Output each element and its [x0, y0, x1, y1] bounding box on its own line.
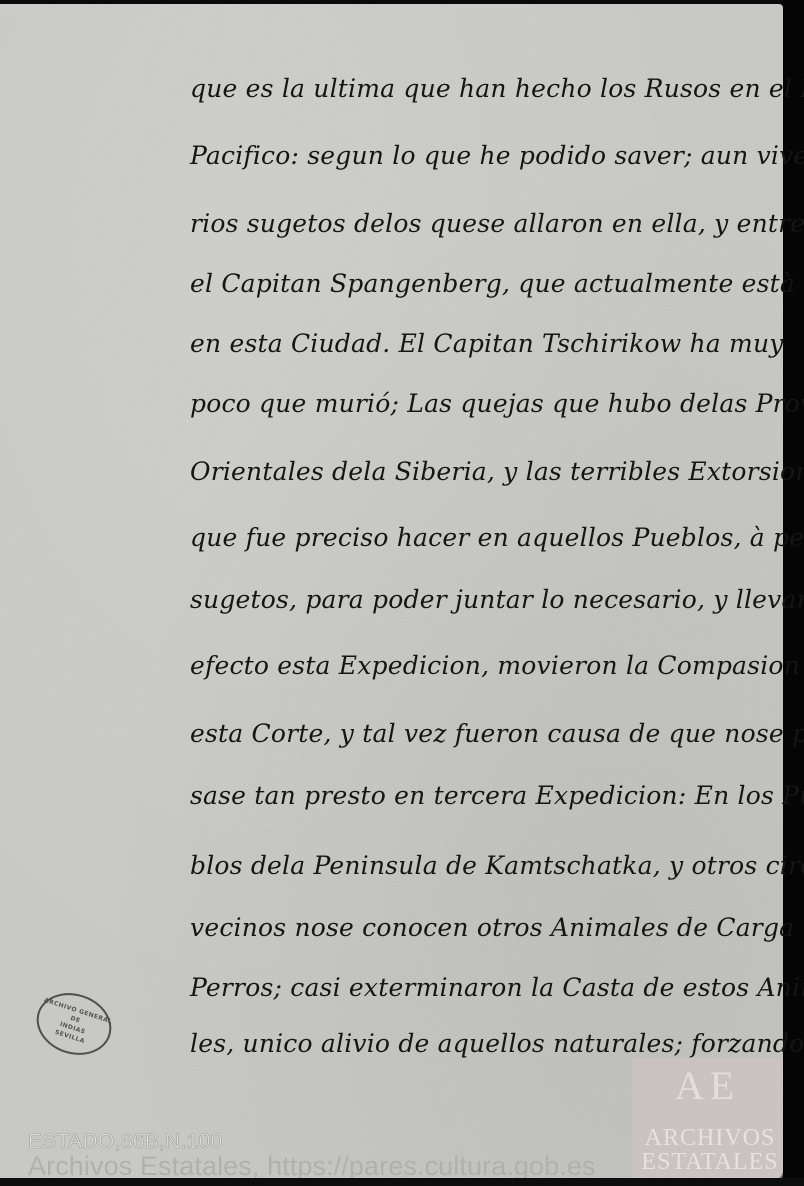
manuscript-line-5: en esta Ciudad. El Capitan Tschirikow ha…	[190, 329, 784, 358]
manuscript-line-6: poco que murió; Las quejas que hubo dela…	[190, 389, 804, 418]
manuscript-line-1: que es la ultima que han hecho los Rusos…	[190, 74, 804, 103]
manuscript-line-10: efecto esta Expedicion, movieron la Comp…	[190, 651, 804, 680]
manuscript-line-11: esta Corte, y tal vez fueron causa de qu…	[190, 719, 804, 748]
manuscript-line-9: sugetos, para poder juntar lo necesario,…	[190, 585, 804, 614]
archive-stamp: ARCHIVO GENERAL DE INDIAS SEVILLA	[29, 984, 120, 1065]
manuscript-line-16: les, unico alivio de aquellos naturales;…	[190, 1029, 804, 1058]
manuscript-line-8: que fue preciso hacer en aquellos Pueblo…	[190, 523, 804, 552]
manuscript-line-13: blos dela Peninsula de Kamtschatka, y ot…	[190, 851, 804, 880]
manuscript-page: que es la ultima que han hecho los Rusos…	[0, 4, 783, 1180]
scan-background-bottom	[0, 1178, 804, 1186]
manuscript-line-7: Orientales dela Siberia, y las terribles…	[190, 457, 804, 486]
manuscript-line-14: vecinos nose conocen otros Animales de C…	[190, 913, 804, 942]
manuscript-line-4: el Capitan Spangenberg, que actualmente …	[190, 269, 795, 298]
logo-text-line-2: ESTATALES	[636, 1150, 784, 1174]
manuscript-line-12: sase tan presto en tercera Expedicion: E…	[190, 781, 804, 810]
manuscript-line-2: Pacifico: segun lo que he podido saver; …	[190, 141, 804, 170]
archivos-estatales-logo: AE ARCHIVOS ESTATALES	[632, 1058, 783, 1184]
manuscript-line-3: rios sugetos delos quese allaron en ella…	[190, 209, 804, 238]
manuscript-line-15: Perros; casi exterminaron la Casta de es…	[190, 973, 804, 1002]
logo-mark-icon: AE	[660, 1066, 755, 1106]
logo-text-line-1: ARCHIVOS	[636, 1126, 784, 1150]
